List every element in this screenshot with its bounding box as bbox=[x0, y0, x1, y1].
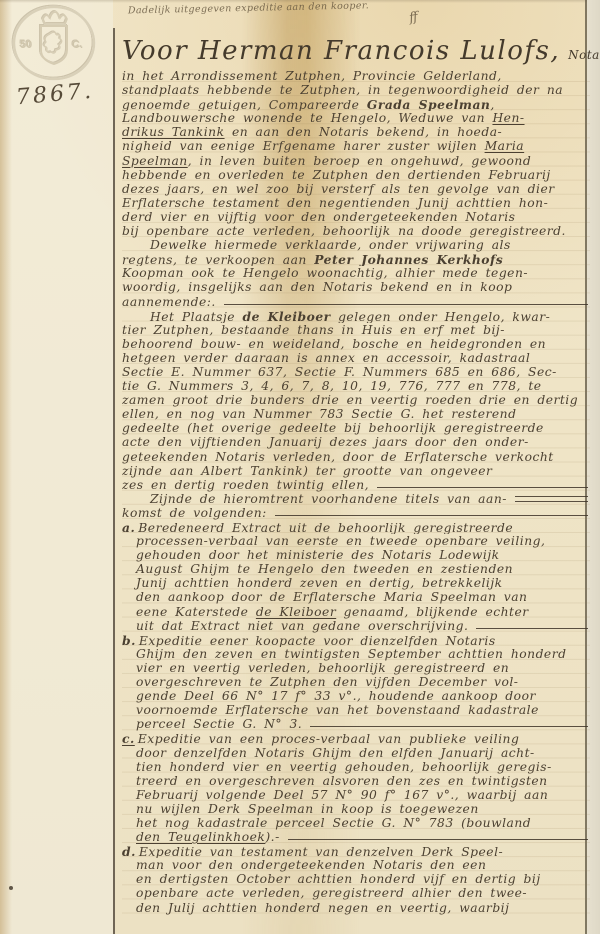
manuscript-line: eene Katerstede de Kleiboer genaamd, bli… bbox=[122, 605, 590, 619]
manuscript-line: acte den vijftienden Januarij dezes jaar… bbox=[122, 435, 590, 449]
manuscript-line: Ghijm den zeven en twintigsten September… bbox=[122, 647, 590, 661]
manuscript-line: en dertigsten October achttien honderd v… bbox=[122, 872, 590, 886]
manuscript-line: standplaats hebbende te Zutphen, in tege… bbox=[122, 83, 590, 97]
manuscript-line: overgeschreven te Zutphen den vijfden De… bbox=[122, 675, 590, 689]
manuscript-line: a.Beredeneerd Extract uit de behoorlijk … bbox=[122, 520, 590, 534]
manuscript-line: b.Expeditie eener koopacte voor dienzelf… bbox=[122, 633, 590, 647]
stamp-currency-text: C. bbox=[72, 39, 83, 51]
manuscript-line: processen-verbaal van eerste en tweede o… bbox=[122, 534, 590, 548]
manuscript-line: komst de volgenden: bbox=[122, 506, 590, 520]
manuscript-line: nigheid van eenige Erfgename harer zuste… bbox=[122, 139, 590, 153]
manuscript-line: Het Plaatsje de Kleiboer gelegen onder H… bbox=[122, 309, 590, 323]
manuscript-line: uit dat Extract niet van gedane overschr… bbox=[122, 619, 590, 633]
manuscript-line: den Teugelinkhoek).- bbox=[122, 830, 590, 844]
manuscript-line: openbare acte verleden, geregistreerd al… bbox=[122, 886, 590, 900]
manuscript-line: dezes jaars, en wel zoo bij versterf als… bbox=[122, 182, 590, 196]
manuscript-line: nu wijlen Derk Speelman in koop is toege… bbox=[122, 802, 590, 816]
clerk-annotation: Dadelijk uitgegeven expeditie aan den ko… bbox=[128, 0, 548, 31]
manuscript-line: Sectie E. Nummer 637, Sectie F. Nummers … bbox=[122, 365, 590, 379]
filler-rule bbox=[377, 487, 588, 488]
manuscript-line: Februarij volgende Deel 57 N° 90 f° 167 … bbox=[122, 788, 590, 802]
writing-margin bbox=[0, 0, 113, 934]
document-scan: 50 C. 7867. Dadelijk uitgegeven expediti… bbox=[0, 0, 600, 934]
manuscript-line: woordig, insgelijks aan den Notaris beke… bbox=[122, 280, 590, 294]
filler-rule bbox=[275, 515, 588, 516]
manuscript-line: vier en veertig verleden, behoorlijk ger… bbox=[122, 661, 590, 675]
manuscript-line: Landbouwersche wonende te Hengelo, Weduw… bbox=[122, 111, 590, 125]
filler-rule bbox=[310, 726, 588, 727]
manuscript-line: hebbende en overleden te Zutphen den der… bbox=[122, 168, 590, 182]
deed-title-line: Voor Herman Francois Lulofs, Notaris bbox=[122, 36, 590, 66]
manuscript-line: Junij achttien honderd zeven en dertig, … bbox=[122, 576, 590, 590]
manuscript-line: gende Deel 66 N° 17 f° 33 v°., houdende … bbox=[122, 689, 590, 703]
filler-rule bbox=[288, 839, 588, 840]
manuscript-line: d.Expeditie van testament van denzelven … bbox=[122, 844, 590, 858]
manuscript-line: regtens, te verkoopen aan Peter Johannes… bbox=[122, 252, 590, 266]
filler-rule bbox=[476, 628, 588, 629]
manuscript-line: tie G. Nummers 3, 4, 6, 7, 8, 10, 19, 77… bbox=[122, 379, 590, 393]
manuscript-line: genoemde getuigen, Compareerde Grada Spe… bbox=[122, 97, 590, 111]
manuscript-line: zamen groot drie bunders drie en veertig… bbox=[122, 393, 590, 407]
manuscript-line: treerd en overgeschreven alsvoren den ze… bbox=[122, 774, 590, 788]
manuscript-line: zes en dertig roeden twintig ellen, bbox=[122, 478, 590, 492]
stamp-value-text: 50 bbox=[20, 39, 32, 51]
manuscript-line: zijnde aan Albert Tankink) ter grootte v… bbox=[122, 464, 590, 478]
deed-title-main: Voor Herman Francois Lulofs, bbox=[122, 36, 560, 66]
manuscript-line: door denzelfden Notaris Ghijm den elfden… bbox=[122, 746, 590, 760]
manuscript-line: man voor den ondergeteekenden Notaris de… bbox=[122, 858, 590, 872]
manuscript-line: Dewelke hiermede verklaarde, onder vrijw… bbox=[122, 238, 590, 252]
manuscript-line: gedeelte (het overige gedeelte bij behoo… bbox=[122, 421, 590, 435]
page-left-edge bbox=[0, 0, 12, 934]
manuscript-line: voornoemde Erflatersche van het bovensta… bbox=[122, 703, 590, 717]
manuscript-line: tier Zutphen, bestaande thans in Huis en… bbox=[122, 323, 590, 337]
manuscript-line: Erflatersche testament den negentienden … bbox=[122, 196, 590, 210]
manuscript-line: Speelman, in leven buiten beroep en onge… bbox=[122, 154, 590, 168]
manuscript-line: hetgeen verder daaraan is annex en acces… bbox=[122, 351, 590, 365]
margin-rule-line bbox=[113, 28, 115, 934]
ink-speck bbox=[9, 886, 13, 890]
filler-rule bbox=[515, 496, 588, 502]
manuscript-line: ellen, en nog van Nummer 783 Sectie G. h… bbox=[122, 407, 590, 421]
manuscript-line: c.Expeditie van een proces-verbaal van p… bbox=[122, 731, 590, 745]
manuscript-line: bij openbare acte verleden, behoorlijk n… bbox=[122, 224, 590, 238]
manuscript-line: geteekenden Notaris verleden, door de Er… bbox=[122, 450, 590, 464]
manuscript-line: den aankoop door de Erflatersche Maria S… bbox=[122, 590, 590, 604]
manuscript-line: August Ghijm te Hengelo den tweeden en z… bbox=[122, 562, 590, 576]
manuscript-body: in het Arrondissement Zutphen, Provincie… bbox=[122, 69, 590, 915]
manuscript-line: derd vier en vijftig voor den ondergetee… bbox=[122, 210, 590, 224]
manuscript-line: gehouden door het ministerie des Notaris… bbox=[122, 548, 590, 562]
manuscript-line: het nog kadastrale perceel Sectie G. N° … bbox=[122, 816, 590, 830]
manuscript-line: Koopman ook te Hengelo woonachtig, alhie… bbox=[122, 266, 590, 280]
manuscript-line: tien honderd vier en veertig gehouden, b… bbox=[122, 760, 590, 774]
embossed-revenue-stamp-icon: 50 C. bbox=[10, 4, 98, 84]
deed-text-column: Voor Herman Francois Lulofs, Notaris in … bbox=[122, 36, 590, 915]
manuscript-line: drikus Tankink en aan den Notaris bekend… bbox=[122, 125, 590, 139]
manuscript-line: behoorend bouw- en weideland, bosche en … bbox=[122, 337, 590, 351]
manuscript-line: perceel Sectie G. N° 3. bbox=[122, 717, 590, 731]
deed-title-suffix: Notaris bbox=[568, 48, 600, 62]
filler-rule bbox=[224, 304, 588, 305]
manuscript-line: Zijnde de hieromtrent voorhandene titels… bbox=[122, 492, 590, 506]
manuscript-line: aannemende:. bbox=[122, 295, 590, 309]
manuscript-line: den Julij achttien honderd negen en veer… bbox=[122, 901, 590, 915]
manuscript-line: in het Arrondissement Zutphen, Provincie… bbox=[122, 69, 590, 83]
